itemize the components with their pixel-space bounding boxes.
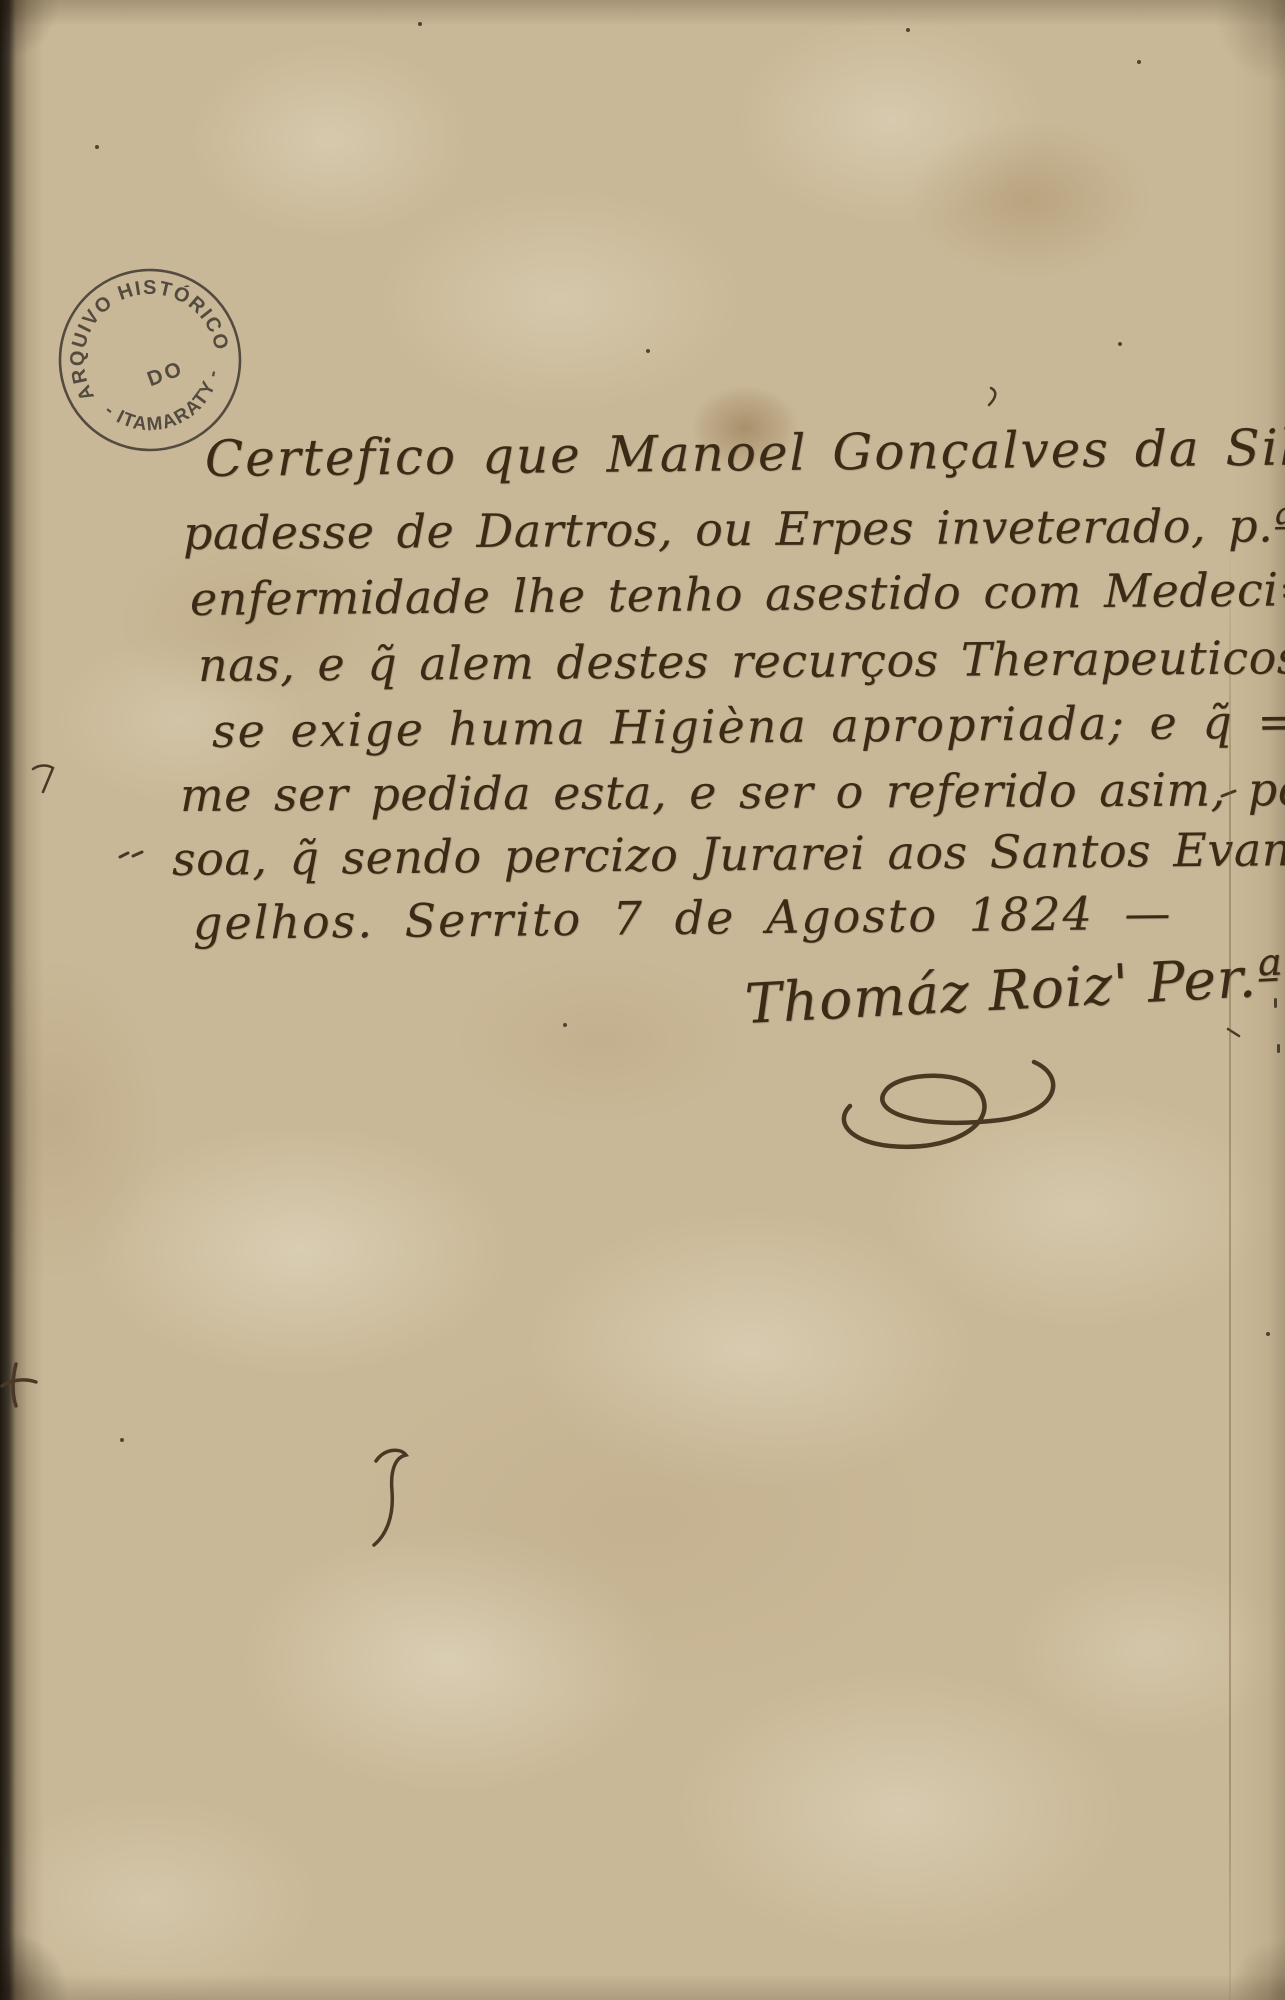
ink-speck [1137, 60, 1141, 64]
manuscript-line-4: nas, e q̃ alem destes recurços Therapeut… [198, 630, 1285, 692]
manuscript-line-5: se exige huma Higièna apropriada; e q̃ = [212, 695, 1285, 758]
ink-speck [1277, 1044, 1280, 1053]
signature: Thomáz Roiz' Per.ª [743, 944, 1285, 1036]
ink-mark-bottom-squiggle [368, 1445, 424, 1550]
manuscript-line-6: me ser pedida esta, e ser o referido asi… [180, 762, 1285, 822]
ink-mark-margin-tick [30, 762, 58, 798]
ink-speck [906, 28, 910, 32]
ink-mark-margin-dashes [118, 848, 146, 862]
ink-speck [1274, 998, 1277, 1008]
stamp-center-text: DO [144, 357, 187, 391]
ink-mark-apostrophe [986, 386, 1000, 408]
ink-speck [646, 349, 650, 353]
ink-speck [120, 1438, 124, 1442]
manuscript-line-2: padesse de Dartros, ou Erpes inveterado,… [183, 497, 1285, 560]
signature-flourish [790, 1048, 1070, 1188]
paper-page: ARQUIVO HISTÓRICO DO - ITAMARATY - Certe… [0, 0, 1285, 2000]
ink-speck [418, 22, 422, 26]
ink-speck [563, 1023, 567, 1027]
manuscript-line-1: Certefico que Manoel Gonçalves da Silva, [205, 418, 1285, 488]
manuscript-line-3: enfermidade lhe tenho asestido com Medec… [190, 562, 1285, 626]
manuscript-line-8: gelhos. Serrito 7 de Agosto 1824 — [193, 886, 1173, 950]
ink-speck [1266, 1332, 1270, 1336]
ink-speck [95, 145, 99, 149]
ink-mark-left-edge-squiggle [0, 1360, 42, 1410]
manuscript-line-7: soa, q̃ sendo percizo Jurarei aos Santos… [172, 822, 1285, 886]
page-edge-line [1229, 540, 1231, 2000]
ink-speck [1118, 342, 1122, 346]
